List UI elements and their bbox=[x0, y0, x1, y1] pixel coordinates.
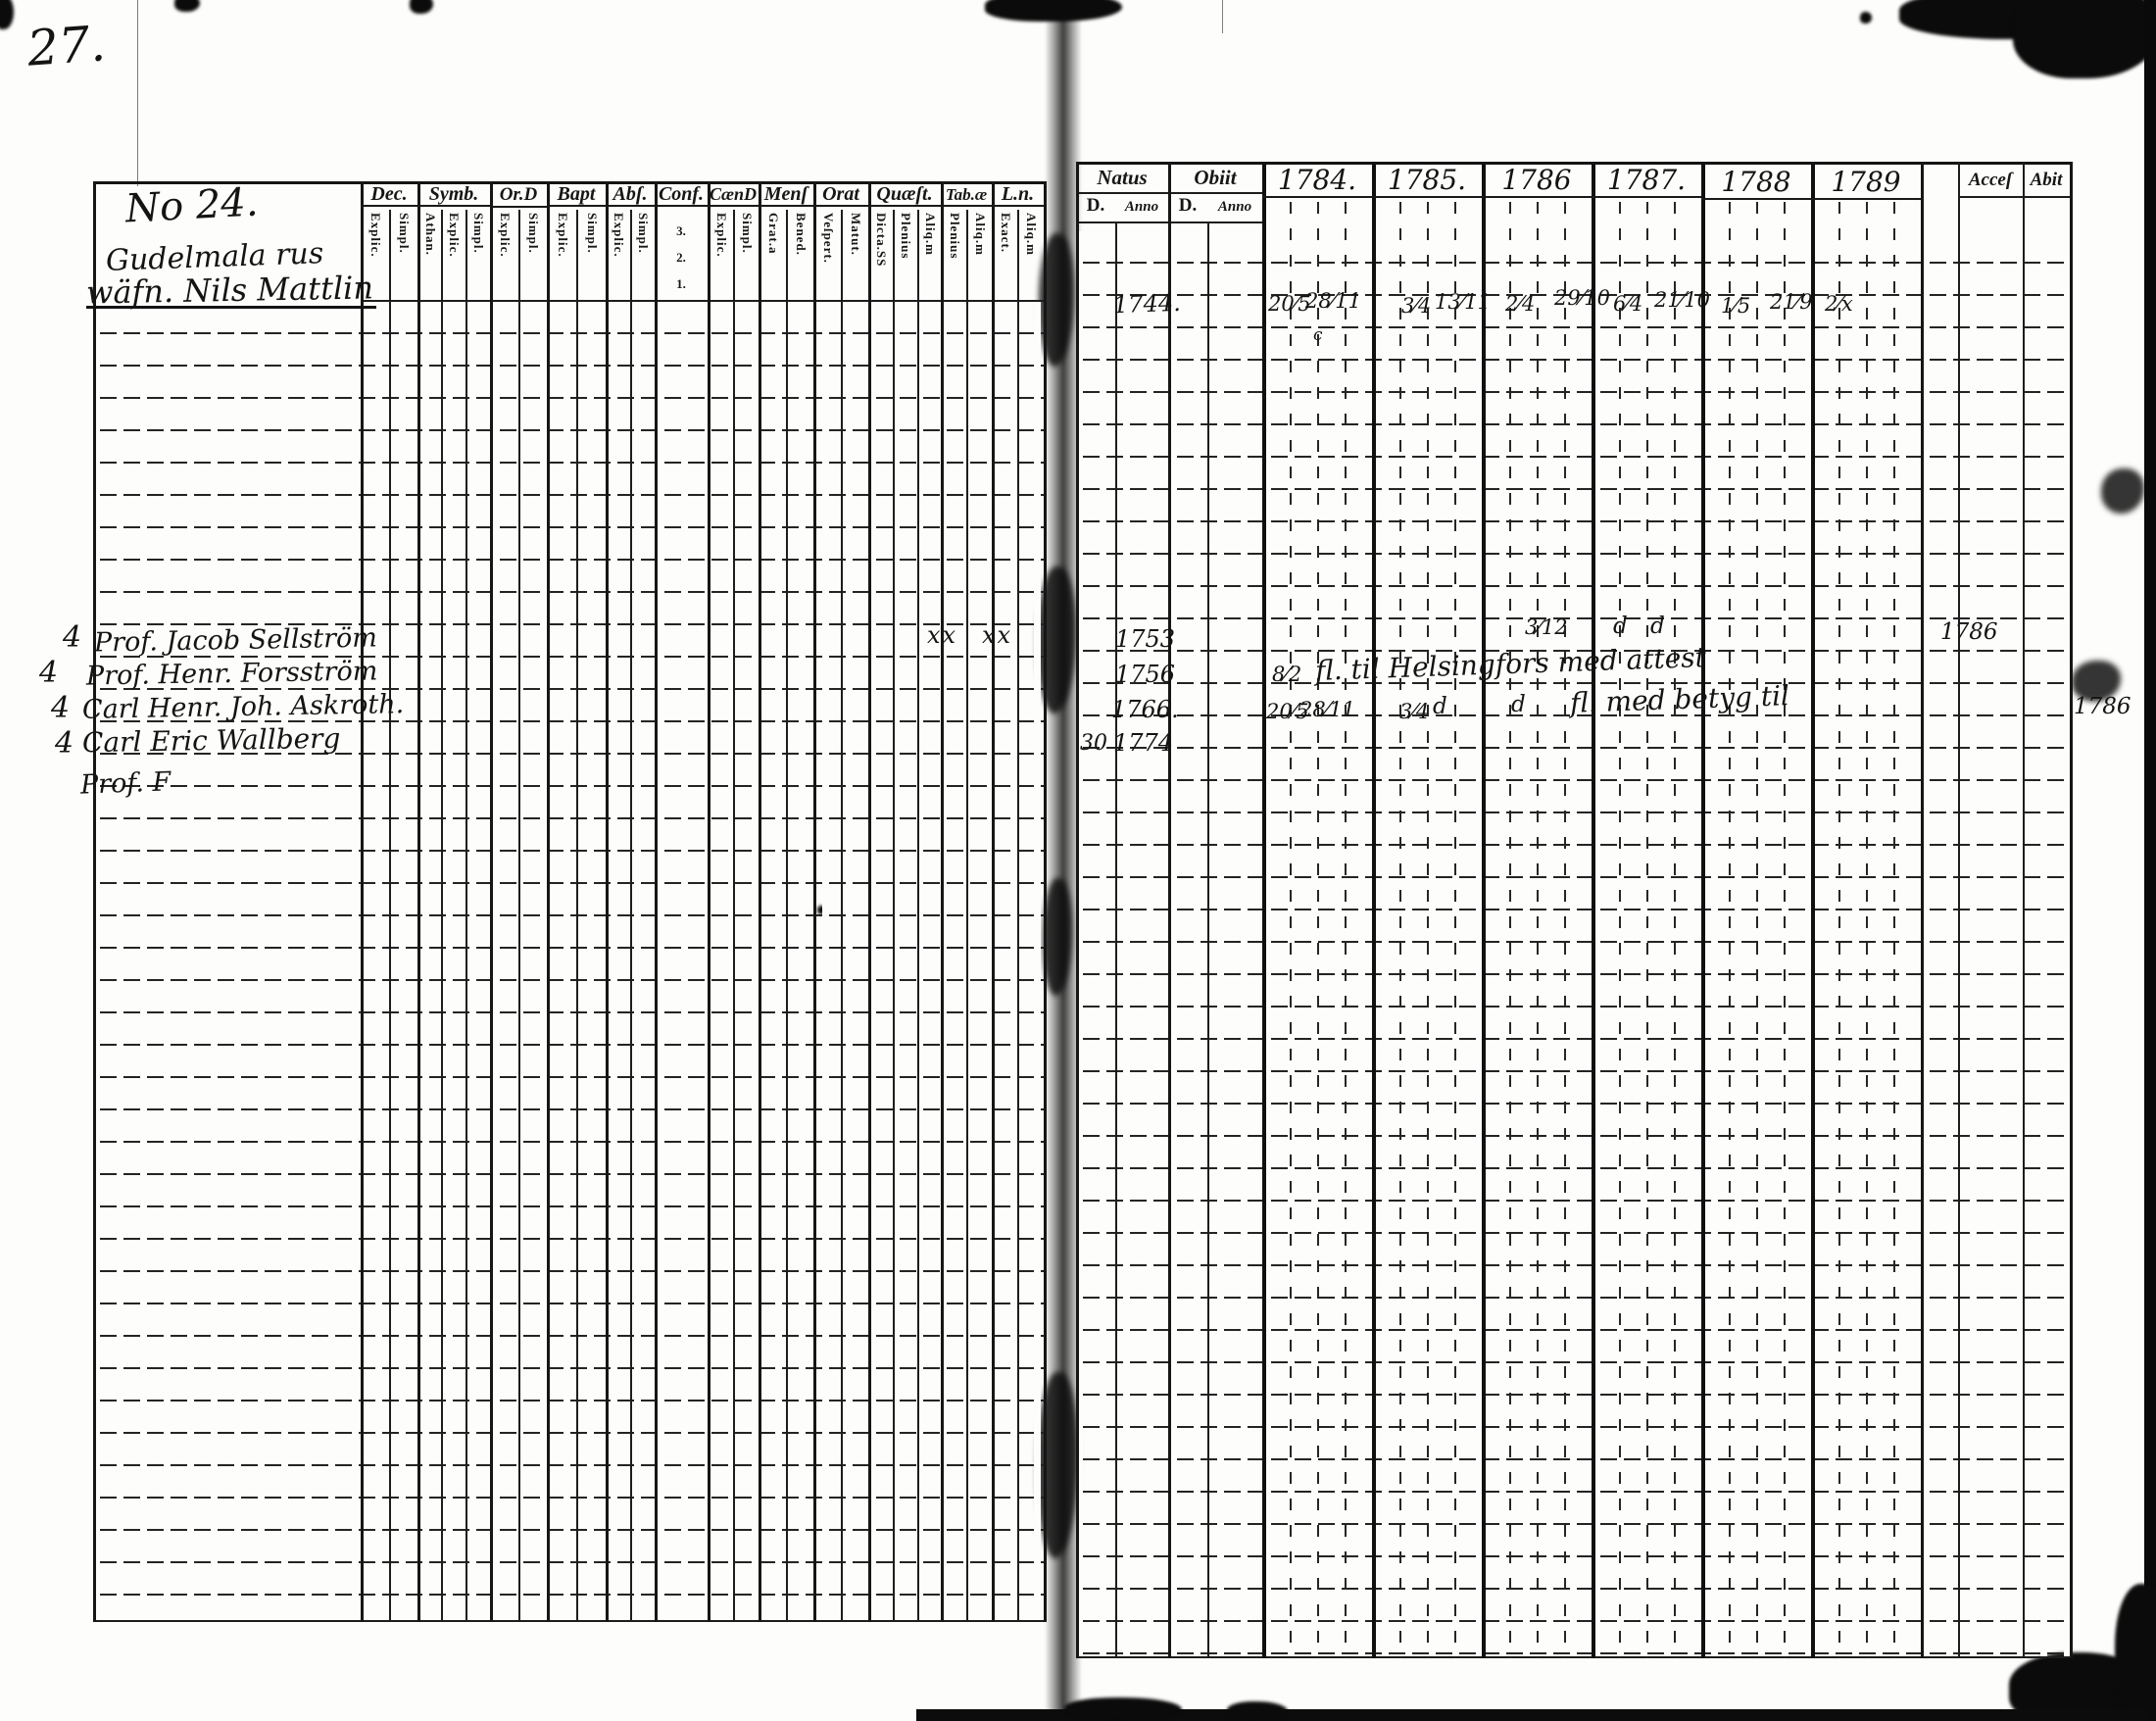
conf-class: 1. bbox=[659, 270, 704, 297]
col-label-orat: Orat bbox=[813, 183, 868, 207]
table-line bbox=[518, 210, 520, 1622]
underline bbox=[86, 306, 376, 309]
sub-label: Plenius bbox=[945, 213, 964, 303]
acces-label: Acceſ bbox=[1958, 171, 2023, 191]
table-line bbox=[1482, 162, 1486, 1658]
natus-day-label: D. bbox=[1076, 196, 1115, 217]
natus-year: 1744. bbox=[1113, 291, 1182, 317]
sub-label: Grat.a bbox=[763, 213, 783, 303]
table-line bbox=[708, 181, 710, 1622]
sub-label-conf: 3. 2. 1. bbox=[659, 218, 704, 297]
col-label-symb: Symb. bbox=[417, 183, 490, 207]
table-line bbox=[93, 181, 96, 1622]
communion-date: 13⁄11 bbox=[1435, 292, 1491, 313]
sub-label: Simpl. bbox=[468, 213, 488, 303]
table-line bbox=[1921, 162, 1924, 1658]
table-line bbox=[1811, 162, 1815, 1658]
sub-label: Exact. bbox=[996, 213, 1015, 303]
communion-note: c bbox=[1313, 327, 1323, 344]
table-line bbox=[1592, 162, 1595, 1658]
natus-year: 1774 bbox=[1113, 731, 1173, 755]
sub-label: Simpl. bbox=[633, 213, 653, 303]
table-line bbox=[630, 210, 632, 1622]
table-line bbox=[841, 210, 843, 1622]
sub-label: Veſpert. bbox=[818, 213, 838, 303]
member-name: Prof. Jacob Sellström bbox=[94, 624, 377, 656]
obiit-label: Obiit bbox=[1168, 167, 1262, 189]
abit-label: Abit bbox=[2023, 171, 2070, 191]
table-line bbox=[2070, 162, 2073, 1658]
table-line bbox=[1866, 202, 1868, 1658]
year-label-1786: 1786 bbox=[1482, 167, 1592, 198]
ink-stain bbox=[2115, 1584, 2156, 1721]
communion-date: 2⁄4 bbox=[1505, 294, 1535, 315]
table-line bbox=[1017, 210, 1019, 1622]
communion-date: 21⁄9 bbox=[1770, 292, 1813, 313]
table-line bbox=[389, 210, 391, 1622]
table-line bbox=[733, 210, 735, 1622]
table-line bbox=[893, 210, 895, 1622]
sub-label: Explic. bbox=[553, 213, 572, 303]
table-line bbox=[917, 210, 919, 1622]
member-mark: 4 bbox=[39, 659, 58, 688]
conf-class: 2. bbox=[659, 244, 704, 270]
sub-label: Simpl. bbox=[737, 213, 757, 303]
table-line bbox=[786, 210, 788, 1622]
table-line bbox=[1958, 162, 1960, 1658]
scratch-line bbox=[137, 0, 138, 186]
col-label-ln: L.n. bbox=[992, 183, 1044, 207]
communion-date: 1⁄5 bbox=[1721, 296, 1750, 317]
ink-speck bbox=[0, 0, 14, 29]
member-name: Prof. F bbox=[80, 768, 171, 798]
ink-speck bbox=[1860, 12, 1872, 24]
table-line bbox=[655, 181, 658, 1622]
communion-date: 28⁄11 bbox=[1299, 700, 1355, 720]
table-line bbox=[1044, 181, 1047, 1622]
left-table-ruling bbox=[93, 302, 1044, 1623]
natus-year: 1766. bbox=[1111, 698, 1179, 721]
member-name: Carl Henr. Joh. Askroth. bbox=[82, 691, 405, 723]
sub-label: Athan. bbox=[420, 213, 440, 303]
ditto-marks: d d bbox=[1613, 615, 1673, 638]
table-line bbox=[441, 210, 443, 1622]
removal-note: fl. med betyg til bbox=[1570, 682, 1790, 717]
year-label-1785: 1785. bbox=[1372, 167, 1482, 198]
ln-marks: xx bbox=[982, 623, 1012, 647]
tab-marks: xx bbox=[927, 623, 957, 647]
sub-label: Plenius bbox=[896, 213, 915, 303]
col-label-abs: Abſ. bbox=[606, 183, 655, 207]
ink-smudge bbox=[2101, 468, 2144, 514]
natus-year: 1753 bbox=[1115, 627, 1175, 651]
table-line bbox=[465, 210, 467, 1622]
sub-label: Matut. bbox=[846, 213, 865, 303]
ink-stain bbox=[985, 0, 1122, 22]
table-line bbox=[1564, 202, 1566, 1658]
table-line bbox=[93, 1620, 1044, 1622]
table-line bbox=[1207, 223, 1209, 1658]
table-line bbox=[1784, 202, 1786, 1658]
table-line bbox=[868, 181, 871, 1622]
sub-label: Bened. bbox=[791, 213, 810, 303]
col-label-caend: CænD bbox=[708, 185, 759, 207]
sub-label: Explic. bbox=[495, 213, 514, 303]
table-line bbox=[1619, 202, 1621, 1658]
table-line bbox=[1958, 196, 2070, 198]
communion-date: 29⁄10 bbox=[1554, 288, 1610, 309]
scan-edge bbox=[2144, 0, 2156, 1721]
table-line bbox=[1427, 202, 1429, 1658]
sub-label: Aliq.m bbox=[920, 213, 940, 303]
col-label-quaest: Quæſt. bbox=[868, 183, 941, 207]
member-mark: 4 bbox=[63, 623, 81, 653]
sub-label: Simpl. bbox=[582, 213, 602, 303]
communion-date: 2⁄x bbox=[1825, 294, 1853, 315]
table-line bbox=[606, 181, 609, 1622]
col-label-mens: Menſ bbox=[759, 183, 813, 207]
natus-day: 30 bbox=[1080, 733, 1107, 755]
sub-label: Aliq.m bbox=[1021, 213, 1041, 303]
folio-number: 27. bbox=[25, 19, 107, 73]
natus-year: 1756 bbox=[1115, 663, 1175, 686]
ditto-mark: d bbox=[1433, 696, 1447, 718]
table-line bbox=[1756, 202, 1758, 1658]
natus-label: Natus bbox=[1076, 167, 1168, 189]
table-line bbox=[361, 181, 364, 1622]
communion-date: 21⁄10 bbox=[1654, 290, 1710, 311]
table-line bbox=[417, 181, 420, 1622]
conf-class: 3. bbox=[659, 218, 704, 244]
table-line bbox=[490, 181, 493, 1622]
member-name: Prof. Henr. Forsström bbox=[86, 658, 378, 689]
table-line bbox=[941, 181, 944, 1622]
table-line bbox=[1509, 202, 1511, 1658]
member-name: Carl Eric Wallberg bbox=[82, 725, 341, 758]
table-line bbox=[759, 181, 761, 1622]
sub-label: Aliq.m bbox=[970, 213, 990, 303]
table-line bbox=[992, 181, 995, 1622]
ink-stain bbox=[2013, 0, 2156, 78]
ink-stain bbox=[1227, 1701, 1288, 1721]
table-line bbox=[1729, 202, 1731, 1658]
communion-date: 28⁄11 bbox=[1305, 291, 1361, 312]
table-line bbox=[1345, 202, 1347, 1658]
obiit-day-label: D. bbox=[1168, 196, 1207, 217]
obiit-anno-label: Anno bbox=[1207, 199, 1262, 216]
sub-label: Dicta.SS bbox=[871, 213, 891, 303]
communion-date: 3⁄4 bbox=[1399, 702, 1429, 722]
table-line bbox=[1399, 202, 1401, 1658]
table-line bbox=[1838, 202, 1840, 1658]
table-line bbox=[1290, 202, 1292, 1658]
ink-stain bbox=[1064, 1697, 1182, 1721]
departure-year: 1786 bbox=[1940, 621, 1998, 644]
register-scan: 27. Dec. Symb. Or.D Bapt Abſ. Conf. CænD… bbox=[0, 0, 2156, 1721]
scratch-line bbox=[1222, 0, 1223, 33]
col-label-ord: Or.D bbox=[490, 185, 547, 208]
table-line bbox=[1893, 202, 1895, 1658]
col-label-bapt: Bapt bbox=[547, 183, 606, 207]
year-label-1789: 1789 bbox=[1811, 169, 1921, 200]
communion-date: 3⁄4 bbox=[1401, 296, 1431, 317]
table-line bbox=[576, 210, 578, 1622]
communion-date: 6⁄4 bbox=[1613, 294, 1642, 315]
sub-label: Simpl. bbox=[523, 213, 543, 303]
table-line bbox=[1701, 162, 1705, 1658]
communion-date: 8⁄2 bbox=[1272, 664, 1301, 685]
ink-speck bbox=[410, 0, 433, 14]
natus-anno-label: Anno bbox=[1115, 199, 1168, 216]
table-line bbox=[1537, 202, 1539, 1658]
table-line bbox=[1454, 202, 1456, 1658]
table-line bbox=[1262, 162, 1266, 1658]
table-line bbox=[1168, 162, 1171, 1658]
departure-year: 1786 bbox=[2074, 696, 2131, 718]
table-line bbox=[1372, 162, 1376, 1658]
col-label-conf: Conf. bbox=[655, 183, 708, 207]
entry-number: No 24. bbox=[124, 182, 259, 228]
sub-label: Simpl. bbox=[394, 213, 414, 303]
ditto-mark: d bbox=[1511, 694, 1526, 716]
table-line bbox=[1674, 202, 1676, 1658]
communion-date: 3⁄12 bbox=[1525, 617, 1568, 638]
table-line bbox=[1076, 162, 1079, 1658]
member-mark: 4 bbox=[51, 694, 70, 723]
table-line bbox=[813, 181, 816, 1622]
table-line bbox=[1115, 223, 1117, 1658]
year-label-1784: 1784. bbox=[1262, 167, 1372, 198]
sub-label: Explic. bbox=[444, 213, 464, 303]
table-line bbox=[1317, 202, 1319, 1658]
household-name-line2: wäfn. Nils Mattlin bbox=[86, 271, 373, 308]
table-line bbox=[1646, 202, 1648, 1658]
col-label-tab: Tab.æ bbox=[941, 186, 992, 207]
table-line bbox=[2023, 162, 2025, 1658]
col-label-dec: Dec. bbox=[361, 183, 417, 207]
table-line bbox=[966, 210, 968, 1622]
ink-speck bbox=[174, 0, 200, 12]
year-label-1788: 1788 bbox=[1701, 169, 1811, 200]
table-line bbox=[547, 181, 550, 1622]
member-mark: 4 bbox=[55, 729, 73, 759]
year-label-1787: 1787. bbox=[1592, 167, 1701, 198]
sub-label: Explic. bbox=[711, 213, 731, 303]
sub-label: Explic. bbox=[609, 213, 628, 303]
